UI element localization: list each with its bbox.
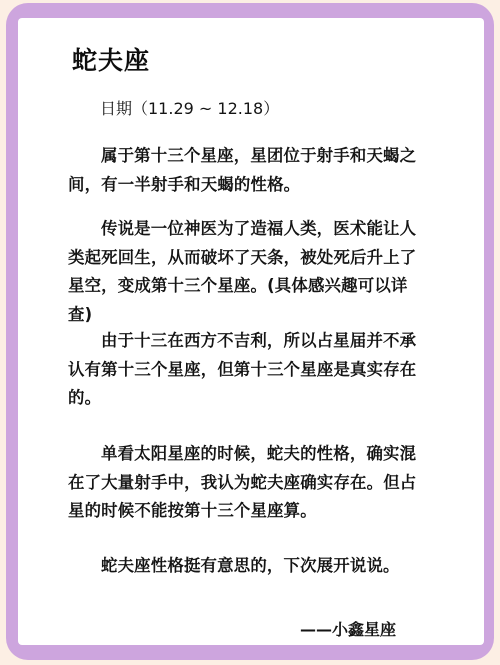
paragraph-4: 单看太阳星座的时候，蛇夫的性格，确实混在了大量射手中，我认为蛇夫座确实存在。但占…	[68, 440, 420, 526]
date-range: 日期（11.29 ~ 12.18）	[100, 97, 279, 121]
paragraph-1: 属于第十三个星座，星团位于射手和天蝎之间，有一半射手和天蝎的性格。	[68, 142, 420, 199]
paragraph-2: 传说是一位神医为了造福人类，医术能让人类起死回生，从而破坏了天条，被处死后升上了…	[68, 215, 420, 329]
paragraph-5: 蛇夫座性格挺有意思的，下次展开说说。	[68, 552, 420, 581]
author-signature: ——小鑫星座	[300, 618, 396, 642]
page-title: 蛇夫座	[72, 44, 150, 78]
paragraph-3: 由于十三在西方不吉利，所以占星届并不承认有第十三个星座，但第十三个星座是真实存在…	[68, 327, 420, 413]
